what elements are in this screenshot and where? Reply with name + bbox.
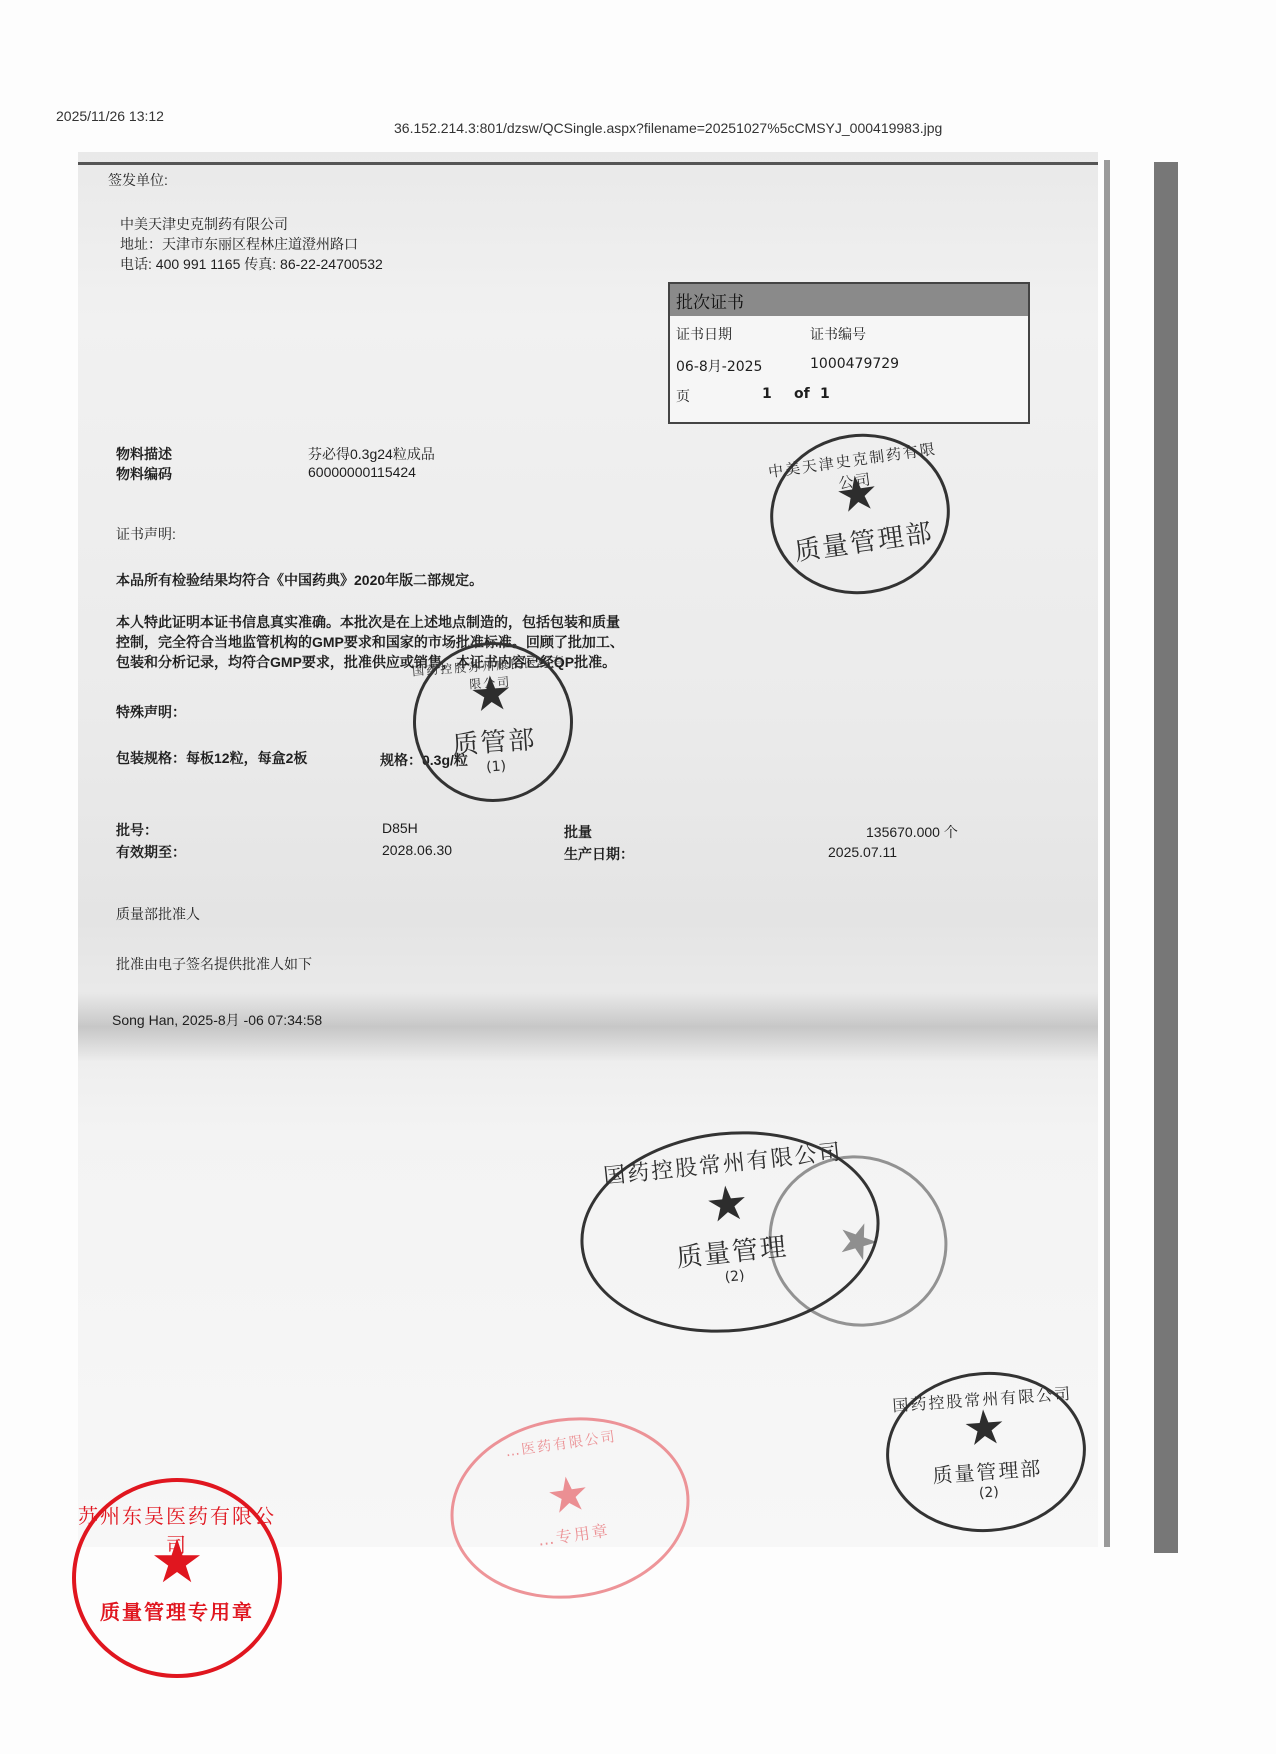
mfg-date-value: 2025.07.11 xyxy=(828,844,897,860)
page-number: 1 xyxy=(762,386,772,402)
star-icon: ★ xyxy=(830,1211,887,1271)
special-label: 特殊声明： xyxy=(116,702,186,722)
statement-line: 控制，完全符合当地监管机构的GMP要求和国家的市场批准标准。回顾了批加工、 xyxy=(116,632,624,652)
issuer-label: 签发单位: xyxy=(108,170,168,190)
page-label: 页 xyxy=(676,386,690,406)
approver-label: 质量部批准人 xyxy=(116,904,200,924)
scanned-certificate: 签发单位: 中美天津史克制药有限公司 地址：天津市东丽区程林庄道澄州路口 电话:… xyxy=(78,152,1098,1547)
lot-value: D85H xyxy=(382,820,418,836)
stamp-dept: 质量管理专用章 xyxy=(100,1596,254,1625)
stamp-number: (2) xyxy=(724,1267,745,1285)
certificate-box: 批次证书 证书日期 证书编号 06-8月-2025 1000479729 页 1… xyxy=(668,282,1030,424)
stamp-changzhou-2: 国药控股常州有限公司 ★ 质量管理部 (2) xyxy=(881,1365,1092,1539)
signature-line: Song Han, 2025-8月 -06 07:34:58 xyxy=(112,1010,322,1030)
batch-qty-label: 批量 xyxy=(564,822,592,842)
material-code-label: 物料编码 xyxy=(116,464,172,484)
stamp-sk-quality: 中美天津史克制药有限公司 ★ 质量管理部 xyxy=(760,422,961,605)
certificate-title: 批次证书 xyxy=(670,284,1028,316)
issuer-address: 地址：天津市东丽区程林庄道澄州路口 xyxy=(120,234,358,254)
statement-line: 本人特此证明本证书信息真实准确。本批次是在上述地点制造的，包括包装和质量 xyxy=(116,612,620,632)
page-total: 1 xyxy=(820,386,830,402)
material-code-value: 60000000115424 xyxy=(308,464,416,480)
lot-label: 批号： xyxy=(116,820,158,840)
stamp-suzhou-dongwu: 苏州东吴医药有限公司 ★ 质量管理专用章 xyxy=(72,1478,282,1678)
page-of: of xyxy=(794,386,810,402)
star-icon: ★ xyxy=(703,1178,751,1230)
print-timestamp: 2025/11/26 13:12 xyxy=(56,108,164,124)
top-rule xyxy=(78,162,1098,165)
material-desc-value: 芬必得0.3g24粒成品 xyxy=(308,444,435,464)
scan-edge xyxy=(1104,160,1110,1547)
stamp-dept: …专用章 xyxy=(536,1517,611,1550)
esign-note: 批准由电子签名提供批准人如下 xyxy=(116,954,312,974)
stamp-dept: 质管部 xyxy=(451,719,537,762)
stamp-number: (1) xyxy=(486,758,507,775)
stamp-number: (2) xyxy=(978,1484,999,1501)
stamp-dept: 质量管理部 xyxy=(792,512,936,568)
statement-label: 证书声明: xyxy=(116,524,176,544)
packaging-spec: 包装规格：每板12粒，每盒2板 xyxy=(116,748,307,768)
cert-date-label: 证书日期 xyxy=(676,324,732,344)
cert-number: 1000479729 xyxy=(810,356,899,372)
cert-number-label: 证书编号 xyxy=(810,324,866,344)
cert-date: 06-8月-2025 xyxy=(676,356,762,376)
stamp-company: 苏州东吴医药有限公司 xyxy=(76,1500,278,1558)
star-icon: ★ xyxy=(543,1468,592,1522)
mfg-date-label: 生产日期： xyxy=(564,844,634,864)
stamp-dept: 质量管理部 xyxy=(931,1452,1043,1489)
statement-pharmacopoeia: 本品所有检验结果均符合《中国药典》2020年版二部规定。 xyxy=(116,570,483,590)
stamp-suzhou-kangmin: 国药控股苏州康民医药有限公司 ★ 质管部 (1) xyxy=(408,637,579,808)
print-url: 36.152.214.3:801/dzsw/QCSingle.aspx?file… xyxy=(394,120,942,136)
batch-qty-value: 135670.000 个 xyxy=(866,822,958,842)
material-desc-label: 物料描述 xyxy=(116,444,172,464)
issuer-contact: 电话: 400 991 1165 传真: 86-22-24700532 xyxy=(120,254,383,274)
expiry-label: 有效期至： xyxy=(116,842,186,862)
issuer-company: 中美天津史克制药有限公司 xyxy=(120,214,288,234)
expiry-value: 2028.06.30 xyxy=(382,842,452,858)
scan-edge-shadow xyxy=(1154,162,1178,1553)
